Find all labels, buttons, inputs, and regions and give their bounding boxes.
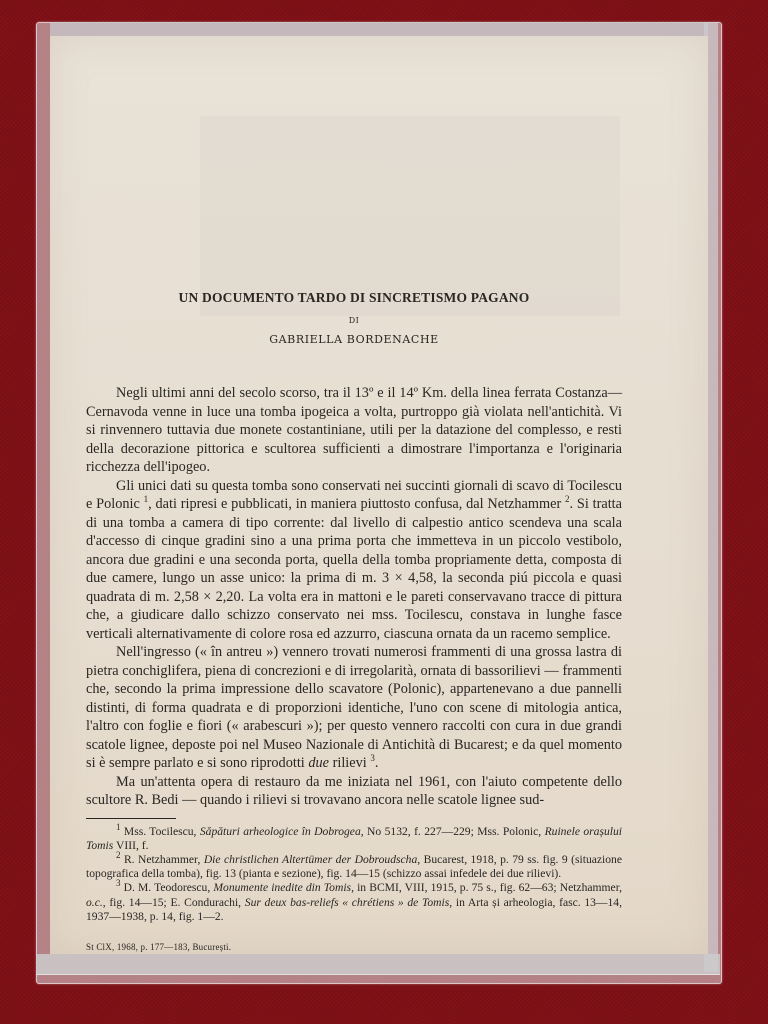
paragraph-4: Ma un'attenta opera di restauro da me in… — [86, 773, 622, 810]
paragraph-2: Gli unici dati su questa tomba sono cons… — [86, 477, 622, 644]
paragraph-3: Nell'ingresso (« în antreu ») vennero tr… — [86, 643, 622, 773]
article-content: UN DOCUMENTO TARDO DI SINCRETISMO PAGANO… — [86, 290, 622, 952]
reverse-side-showthrough — [200, 116, 620, 316]
article-title: UN DOCUMENTO TARDO DI SINCRETISMO PAGANO — [86, 290, 622, 306]
journal-citation: St ClX, 1968, p. 177—183, București. — [86, 942, 622, 952]
footnote-divider — [86, 818, 176, 819]
sleeve-bottom-edge — [36, 954, 720, 975]
article-author: GABRIELLA BORDENACHE — [86, 333, 622, 346]
footnote-3: 3 D. M. Teodorescu, Monumente inedite di… — [86, 881, 622, 924]
sleeve-top-edge — [50, 22, 708, 36]
paragraph-1: Negli ultimi anni del secolo scorso, tra… — [86, 384, 622, 477]
footnote-2: 2 R. Netzhammer, Die christlichen Altert… — [86, 853, 622, 881]
footnote-1: 1 Mss. Tocilescu, Săpături arheologice î… — [86, 825, 622, 853]
byline-prefix: DI — [86, 316, 622, 325]
